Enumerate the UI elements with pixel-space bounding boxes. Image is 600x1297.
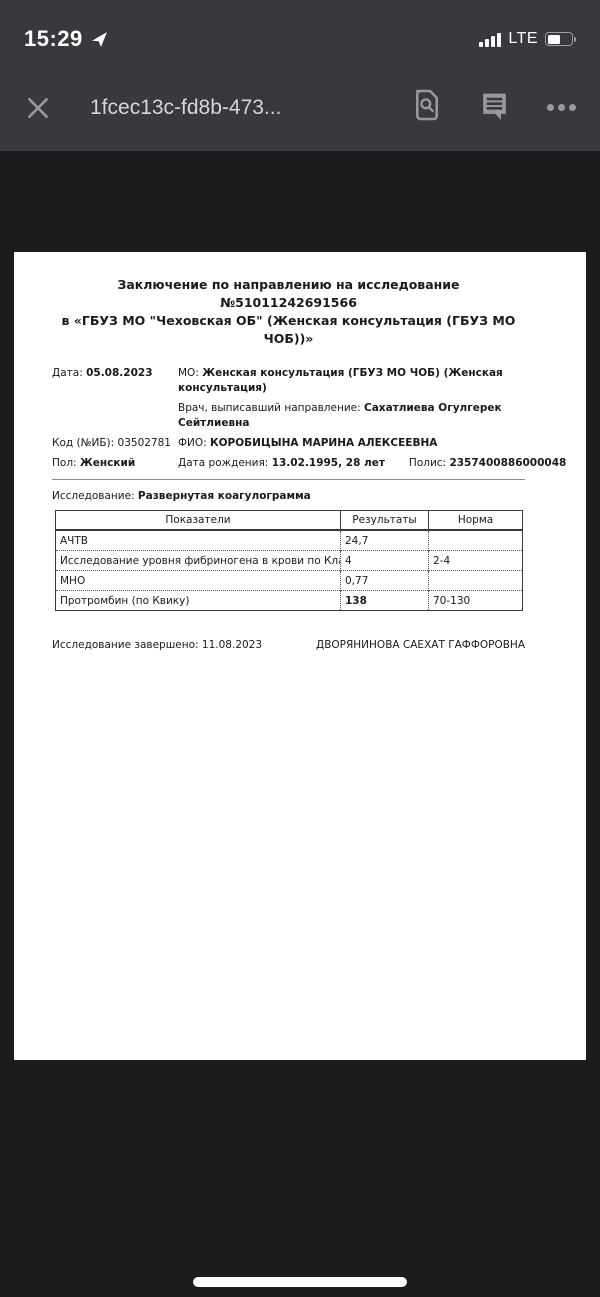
close-button[interactable] (24, 94, 52, 122)
policy-label: Полис: (409, 457, 446, 469)
date-value: 05.08.2023 (86, 367, 152, 379)
norm-cell: 70-130 (429, 591, 523, 611)
table-header-row: Показатели Результаты Норма (56, 511, 523, 531)
sex-label: Пол: (52, 457, 77, 469)
column-header-result: Результаты (341, 511, 429, 531)
meta-row-sex-birth-policy: Пол: Женский Дата рождения: 13.02.1995, … (52, 456, 525, 471)
study-line: Исследование: Развернутая коагулограмма (52, 490, 525, 502)
meta-row-date-mo: Дата: 05.08.2023 МО: Женская консультаци… (52, 366, 525, 396)
table-row: АЧТВ24,7 (56, 530, 523, 551)
result-cell: 138 (341, 591, 429, 611)
table-row: Протромбин (по Квику)13870-130 (56, 591, 523, 611)
norm-cell (429, 530, 523, 551)
mo-label: МО: (178, 367, 199, 379)
indicator-cell: АЧТВ (56, 530, 341, 551)
document-title-line2: в «ГБУЗ МО "Чеховская ОБ" (Женская консу… (52, 312, 525, 348)
more-icon (547, 104, 576, 111)
pdf-viewport[interactable]: Заключение по направлению на исследовани… (0, 151, 600, 1297)
clock: 15:29 (24, 26, 83, 52)
results-table: Показатели Результаты Норма АЧТВ24,7Иссл… (55, 510, 523, 611)
date-label: Дата: (52, 367, 83, 379)
completed-date-text: Исследование завершено: 11.08.2023 (52, 639, 262, 651)
network-type-label: LTE (508, 30, 538, 48)
mo-value: Женская консультация (ГБУЗ МО ЧОБ) (Женс… (178, 367, 503, 394)
results-table-body: АЧТВ24,7Исследование уровня фибриногена … (56, 530, 523, 611)
study-label: Исследование: (52, 490, 135, 502)
study-value: Развернутая коагулограмма (138, 490, 311, 502)
indicator-cell: МНО (56, 571, 341, 591)
more-options-button[interactable] (547, 104, 576, 111)
document-page: Заключение по направлению на исследовани… (14, 252, 586, 1060)
document-footer: Исследование завершено: 11.08.2023 ДВОРЯ… (52, 639, 525, 651)
indicator-cell: Протромбин (по Квику) (56, 591, 341, 611)
document-title-line1: Заключение по направлению на исследовани… (52, 276, 525, 312)
pdf-viewer-toolbar: 1fcec13c-fd8b-473... (0, 64, 600, 151)
location-arrow-icon (91, 31, 108, 48)
code-label: Код (№ИБ): (52, 437, 114, 449)
fio-value: КОРОБИЦЫНА МАРИНА АЛЕКСЕЕВНА (210, 437, 437, 449)
sex-value: Женский (80, 457, 135, 469)
divider (52, 479, 525, 480)
search-in-document-button[interactable] (412, 88, 442, 127)
signed-by-name: ДВОРЯНИНОВА САЕХАТ ГАФФОРОВНА (316, 639, 525, 651)
birth-label: Дата рождения: (178, 457, 268, 469)
phone-chrome: 15:29 LTE 1fcec13c-fd8b-473... (0, 0, 600, 151)
table-row: Исследование уровня фибриногена в крови … (56, 551, 523, 571)
birth-value: 13.02.1995, 28 лет (272, 457, 385, 469)
column-header-indicator: Показатели (56, 511, 341, 531)
norm-cell (429, 571, 523, 591)
policy-value: 2357400886000048 (449, 457, 566, 469)
fio-label: ФИО: (178, 437, 207, 449)
result-cell: 24,7 (341, 530, 429, 551)
code-value: 03502781 (118, 437, 171, 449)
document-title: Заключение по направлению на исследовани… (52, 276, 525, 348)
home-indicator[interactable] (193, 1277, 407, 1287)
comments-button[interactable] (479, 90, 510, 126)
comments-icon (479, 90, 510, 126)
status-bar: 15:29 LTE (0, 0, 600, 64)
result-cell: 4 (341, 551, 429, 571)
meta-row-code-fio: Код (№ИБ): 03502781 ФИО: КОРОБИЦЫНА МАРИ… (52, 436, 525, 451)
result-cell: 0,77 (341, 571, 429, 591)
meta-row-referring-doctor: Врач, выписавший направление: Сахатлиева… (52, 401, 525, 431)
referring-doctor-label: Врач, выписавший направление: (178, 402, 361, 414)
search-in-document-icon (412, 88, 442, 127)
file-title: 1fcec13c-fd8b-473... (90, 96, 281, 120)
battery-icon (545, 32, 576, 46)
signal-strength-icon (479, 32, 501, 47)
norm-cell: 2-4 (429, 551, 523, 571)
table-row: МНО0,77 (56, 571, 523, 591)
document-meta: Дата: 05.08.2023 МО: Женская консультаци… (52, 366, 525, 471)
column-header-norm: Норма (429, 511, 523, 531)
indicator-cell: Исследование уровня фибриногена в крови … (56, 551, 341, 571)
